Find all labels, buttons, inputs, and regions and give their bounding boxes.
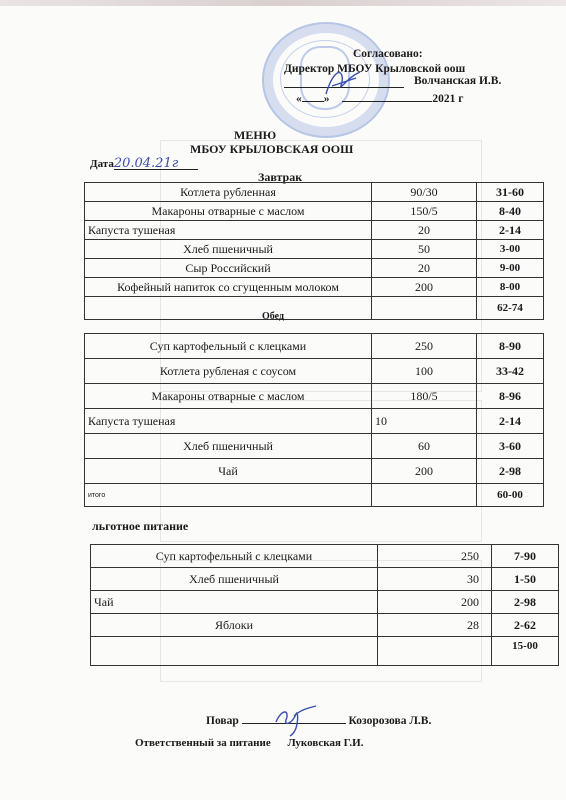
- lunch-table: Суп картофельный с клецками 250 8-90 Кот…: [84, 333, 544, 507]
- breakfast-table: Котлета рубленная 90/30 31-60 Макароны о…: [84, 182, 544, 320]
- table-row: Хлеб пшеничный 60 3-60: [85, 434, 544, 459]
- table-row: Макароны отварные с маслом 150/5 8-40: [85, 202, 544, 221]
- table-row: Кофейный напиток со сгущенным молоком 20…: [85, 278, 544, 297]
- approval-title: Согласовано:: [353, 48, 423, 60]
- table-row: Чай 200 2-98: [85, 459, 544, 484]
- table-row: Яблоки 28 2-62: [91, 614, 559, 637]
- responsible-name: Луковская Г.И.: [287, 737, 363, 749]
- table-total-row: 62-74: [85, 297, 544, 320]
- responsible-row: Ответственный за питание Луковская Г.И.: [135, 737, 363, 749]
- table-row: Суп картофельный с клецками 250 7-90: [91, 545, 559, 568]
- table-row: Котлета рубленная 90/30 31-60: [85, 183, 544, 202]
- approval-director-name: Волчанская И.В.: [414, 75, 501, 87]
- table-row: Капуста тушеная 10 2-14: [85, 409, 544, 434]
- lunch-heading: Обед: [262, 311, 284, 322]
- table-total-row: итого 60-00: [85, 484, 544, 507]
- scan-edge: [0, 0, 566, 6]
- approval-date: «» 2021 г: [296, 90, 463, 105]
- benefit-table: Суп картофельный с клецками 250 7-90 Хле…: [90, 544, 559, 666]
- table-row: Капуста тушеная 20 2-14: [85, 221, 544, 240]
- table-row: Суп картофельный с клецками 250 8-90: [85, 334, 544, 359]
- table-row: Сыр Российский 20 9-00: [85, 259, 544, 278]
- menu-title: МЕНЮ: [234, 128, 276, 143]
- approval-director-line: Директор МБОУ Крыловской оош: [284, 63, 465, 75]
- school-name: МБОУ КРЫЛОВСКАЯ ООШ: [190, 142, 353, 157]
- table-total-row: 15-00: [91, 637, 559, 666]
- cook-name: Козорозова Л.В.: [349, 715, 432, 727]
- table-row: Хлеб пшеничный 50 3-00: [85, 240, 544, 259]
- table-row: Хлеб пшеничный 30 1-50: [91, 568, 559, 591]
- table-row: Макароны отварные с маслом 180/5 8-96: [85, 384, 544, 409]
- date-value: 20.04.21г: [114, 156, 198, 170]
- cook-signature-icon: [270, 700, 320, 740]
- date-row: Дата20.04.21г: [90, 156, 198, 170]
- table-row: Котлета рубленая с соусом 100 33-42: [85, 359, 544, 384]
- benefit-heading: льготное питание: [92, 519, 188, 534]
- table-row: Чай 200 2-98: [91, 591, 559, 614]
